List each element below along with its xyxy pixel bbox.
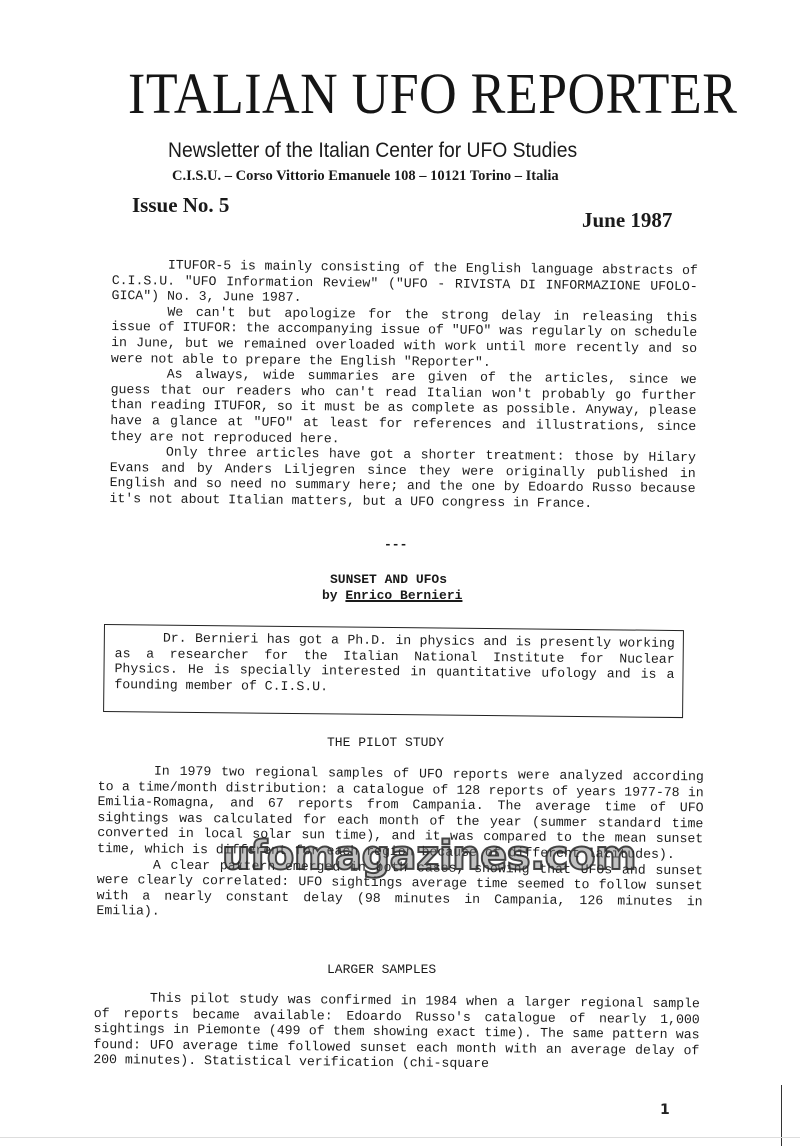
- article-byline: by Enrico Bernieri: [322, 588, 462, 603]
- article-title: SUNSET AND UFOs: [330, 572, 447, 587]
- byline-prefix: by: [322, 588, 338, 603]
- intro-text: ITUFOR-5 is mainly consisting of the Eng…: [109, 257, 698, 513]
- masthead-address: C.I.S.U. – Corso Vittorio Emanuele 108 –…: [172, 168, 559, 185]
- author-bio: Dr. Bernieri has got a Ph.D. in physics …: [114, 630, 675, 698]
- intro-paragraph: We can't but apologize for the strong de…: [111, 304, 698, 373]
- author-bio-box: Dr. Bernieri has got a Ph.D. in physics …: [103, 624, 684, 718]
- watermark: ufomagazines.com: [222, 836, 636, 876]
- newsletter-page: ITALIAN UFO REPORTER Newsletter of the I…: [0, 0, 800, 1146]
- body-paragraph: This pilot study was confirmed in 1984 w…: [93, 990, 700, 1074]
- intro-paragraph: As always, wide summaries are given of t…: [110, 366, 697, 450]
- intro-paragraph: Only three articles have got a shorter t…: [109, 444, 696, 513]
- scan-edge: [0, 1137, 800, 1138]
- intro-paragraph: ITUFOR-5 is mainly consisting of the Eng…: [112, 257, 698, 310]
- section-body-larger-samples: This pilot study was confirmed in 1984 w…: [93, 990, 700, 1074]
- page-number: 1: [660, 1102, 670, 1118]
- section-heading-pilot-study: THE PILOT STUDY: [327, 735, 444, 750]
- masthead-subtitle: Newsletter of the Italian Center for UFO…: [168, 139, 577, 163]
- section-separator: ---: [384, 537, 407, 552]
- issue-number: Issue No. 5: [132, 193, 229, 218]
- section-heading-larger-samples: LARGER SAMPLES: [327, 962, 436, 977]
- issue-date: June 1987: [582, 208, 672, 233]
- article-author: Enrico Bernieri: [345, 588, 462, 603]
- masthead-title: ITALIAN UFO REPORTER: [128, 66, 708, 124]
